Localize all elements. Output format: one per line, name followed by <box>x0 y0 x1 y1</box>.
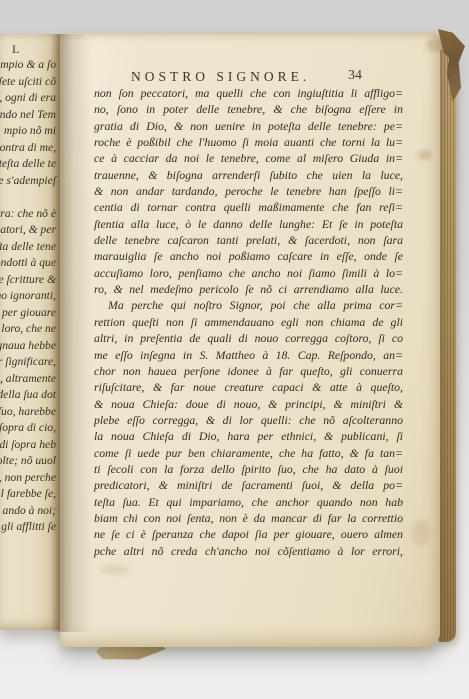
text-line: Ma perche qui noſtro Signor, poi che all… <box>94 298 403 314</box>
text-line: ti ſecoli con la forza dello ſpirito ſuo… <box>94 462 403 478</box>
left-page-text-line: oſtra: che nõ è <box>0 207 56 224</box>
left-page: L mpio & a ſoe ſete uſciti cõ, ogni di e… <box>0 34 66 630</box>
text-line: la noua Chieſa di Dio, hara per ethnici,… <box>94 429 403 445</box>
left-page-text-line: e ſete uſciti cõ <box>0 75 56 92</box>
text-line: pche altri nõ creda ch'ancho noi cõſenti… <box>94 544 403 560</box>
text-line: ro, & nel medeſmo pericolo ſe nõ ci arre… <box>94 282 403 298</box>
text-line: altri, in preſentia de quali di nouo cor… <box>94 331 403 347</box>
left-page-text-line: teſta delle te <box>0 157 56 174</box>
text-line: accuſiamo loro, penſiamo che ancho noi ſ… <box>94 266 403 282</box>
left-page-text-line <box>0 190 56 207</box>
text-line: gratia di Dio, & non uenire in poteſta d… <box>94 119 403 135</box>
left-page-text-line: a, e per giouare <box>0 306 56 323</box>
text-line: trauenne, & biſogna arrenderſi ſubito ch… <box>94 168 403 184</box>
right-page: NOSTRO SIGNORE. 34 non ſon peccatori, ma… <box>60 33 440 647</box>
text-line: chor non hauea perſone idonee à far queſ… <box>94 364 403 380</box>
text-line: & noua Chieſa: doue di nouo, & principi,… <box>94 397 403 413</box>
text-line: me eſſo inſegna in S. Mattheo à 18. Cap.… <box>94 348 403 364</box>
left-page-text-line: , ogni di era <box>0 91 56 108</box>
text-line: biam chi con noi ſenta, non è da mancar … <box>94 511 403 527</box>
page-text: non ſon peccatori, ma quelli che con ing… <box>94 86 403 560</box>
left-page-text-line: a della ſua dot <box>0 388 56 405</box>
fore-edge <box>438 50 456 642</box>
text-line: come ſi uede pur ben chiaramente, che ha… <box>94 446 403 462</box>
left-page-text-line: le ſcritture & <box>0 273 56 290</box>
text-line: no, ſono in poter delle tenebre, & che b… <box>94 102 403 118</box>
left-page-text-line: teſta delle tene <box>0 240 56 257</box>
text-line: ce à cacciar da noi le tenebre, come al … <box>94 151 403 167</box>
text-line: marauiglia ſe ancho noi poßiamo caſcare … <box>94 249 403 265</box>
page-number: 34 <box>348 68 362 84</box>
left-page-text-line: mpio & a ſo <box>0 58 56 75</box>
left-page-text-line: ſegnaua hebbe <box>0 339 56 356</box>
left-page-text-line: , non perche <box>0 471 56 488</box>
text-line: roche è poßibil che l'huomo ſi moia auan… <box>94 135 403 151</box>
text-line: ne ſe ci è ſperanza che dapoi ſia per gi… <box>94 527 403 543</box>
photo-background: L mpio & a ſoe ſete uſciti cõ, ogni di e… <box>0 0 469 699</box>
left-page-text-line: condotti à que <box>0 256 56 273</box>
text-line: ſtentia alla luce, ò le danno delle lung… <box>94 217 403 233</box>
running-header: NOSTRO SIGNORE. <box>131 69 310 85</box>
left-page-text-line: ſopra di cio, <box>0 421 56 438</box>
left-page-text-line: ando à noi; <box>0 504 56 521</box>
text-line: & non andar tardando, peroche le tenebre… <box>94 184 403 200</box>
left-page-text-line: mpio nõ mi <box>0 124 56 141</box>
left-page-text-line: gli afflitti ſe <box>0 520 56 537</box>
left-page-text-line: ne s'adempieſ <box>0 174 56 191</box>
text-line: predicatori, & miniſtri de ſacramenti ſu… <box>94 478 403 494</box>
text-line: teſta ſua. Et qui impariamo, che anchor … <box>94 495 403 511</box>
left-page-text-line: ce loro, che ne <box>0 322 56 339</box>
left-page-text-line: contra di me, <box>0 141 56 158</box>
left-page-text-line: ndo nel Tem <box>0 108 56 125</box>
left-page-text-line: ſono ignoranti, <box>0 289 56 306</box>
left-page-text-line: o ſuo, harebbe <box>0 405 56 422</box>
left-page-running-header: L <box>12 42 21 57</box>
left-page-text-line: ccatori, & per <box>0 223 56 240</box>
left-page-text-line: l farebbe ſe, <box>0 487 56 504</box>
left-page-text-line: olte; nõ uuol <box>0 454 56 471</box>
text-line: plebe eſſo corregga, & di lor quelli: ch… <box>94 413 403 429</box>
left-page-text-line: di ſopra heb <box>0 438 56 455</box>
text-line: riſuſcitare, & far noue creature capaci … <box>94 380 403 396</box>
left-page-text-line: o, altramente <box>0 372 56 389</box>
text-line: centia di tornar contra quelli maßimamen… <box>94 200 403 216</box>
text-line: non ſon peccatori, ma quelli che con ing… <box>94 86 403 102</box>
paragraph-2: Ma perche qui noſtro Signor, poi che all… <box>94 298 403 560</box>
left-page-text-column: mpio & a ſoe ſete uſciti cõ, ogni di era… <box>0 58 56 537</box>
left-page-text-line: or ſignificare, <box>0 355 56 372</box>
text-line: delle tenebre caſcaron tanti prelati, & … <box>94 233 403 249</box>
paragraph-1: non ſon peccatori, ma quelli che con ing… <box>94 86 403 298</box>
text-line: rettion queſti non ſi ammendauano egli n… <box>94 315 403 331</box>
